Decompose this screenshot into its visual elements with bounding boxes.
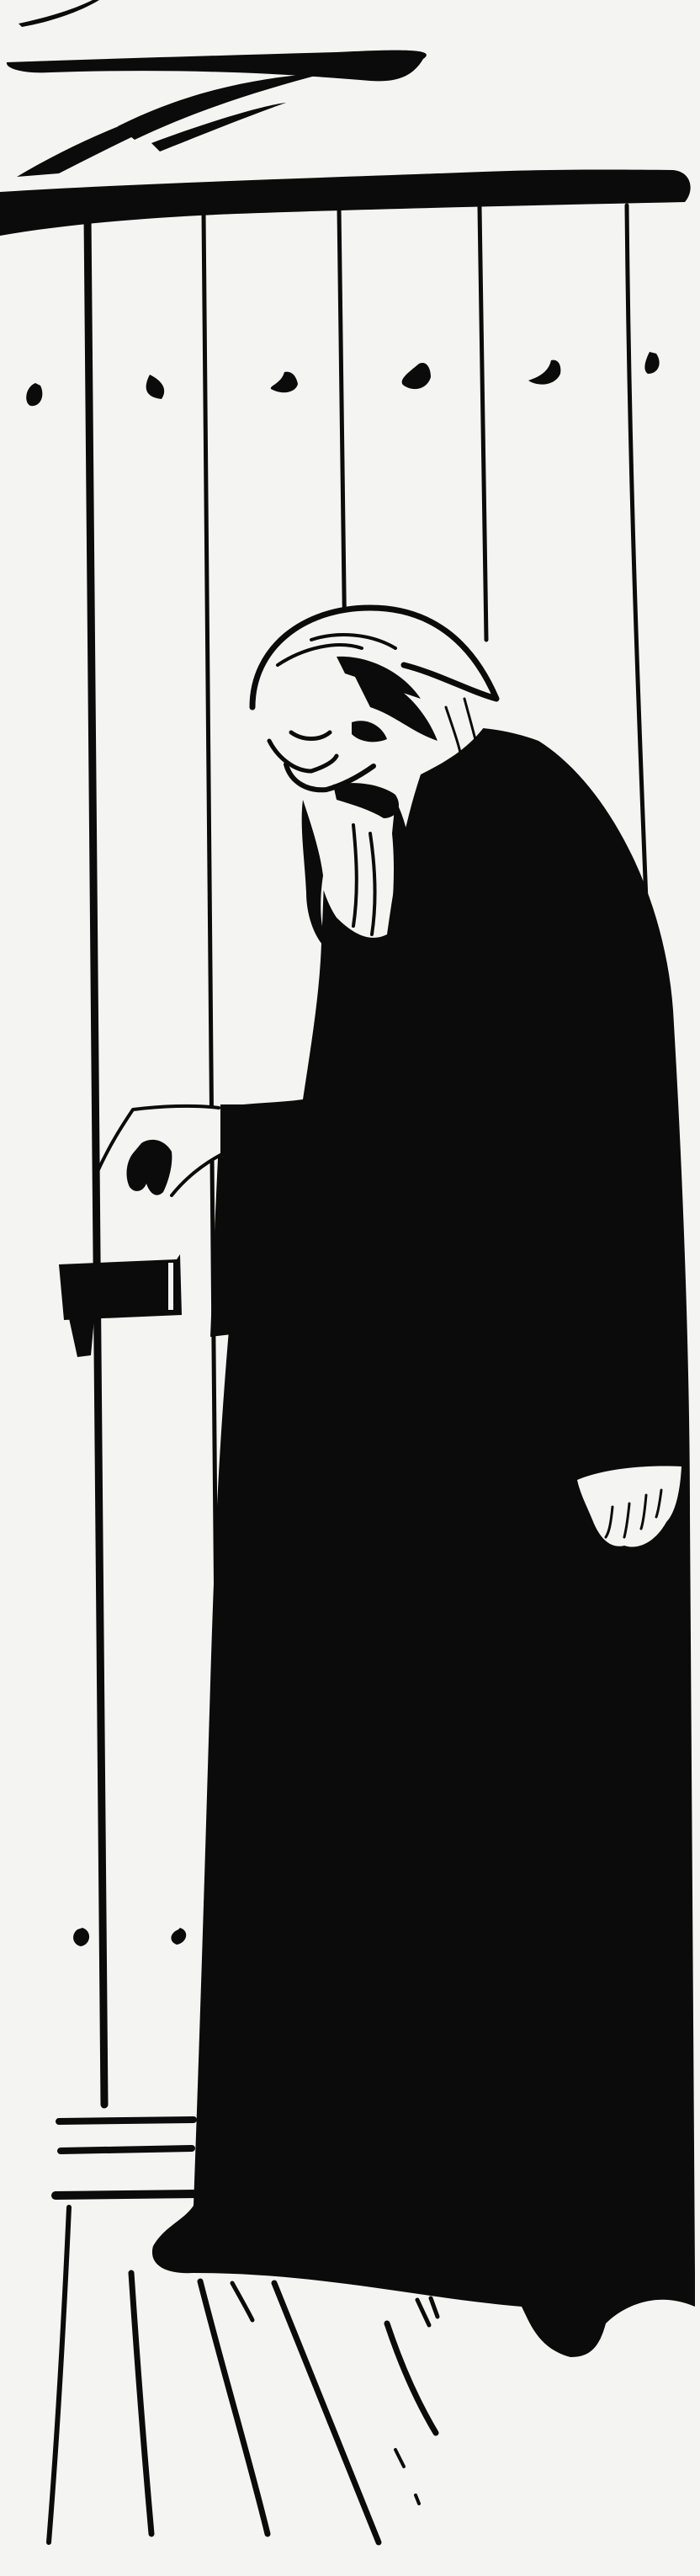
illustration (0, 0, 700, 2576)
